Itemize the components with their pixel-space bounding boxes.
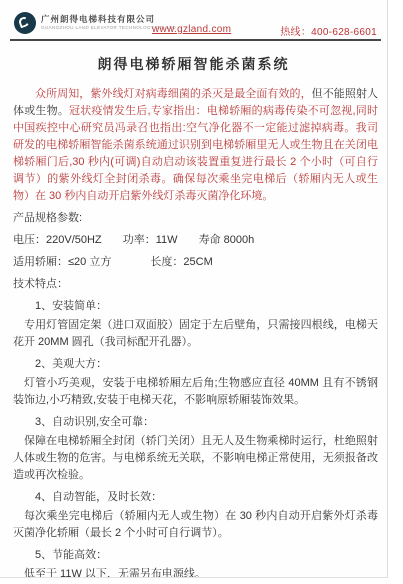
intro-paragraph: 众所周知，紫外线灯对病毒细菌的杀灭是最全面有效的，但不能照射人体或生物。冠状疫情… bbox=[13, 86, 378, 205]
spec-power-value: 11W bbox=[156, 234, 178, 246]
document-page: 广州朗得电梯科技有限公司 GUANGZHOU LAND ELEVATOR TEC… bbox=[0, 0, 388, 578]
feature-2-body: 灯管小巧美观，安装于电梯轿厢左后角;生物感应直径 40MM 且有不锈钢装饰边,小… bbox=[13, 375, 378, 409]
spec-voltage: 电压：220V/50HZ bbox=[13, 234, 102, 246]
website-link[interactable]: www.gzland.com bbox=[152, 24, 231, 35]
spec-voltage-label: 电压： bbox=[13, 234, 46, 246]
spec-cabin-label: 适用轿厢： bbox=[13, 256, 68, 268]
intro-part1: 众所周知，紫外线灯对病毒细菌的杀灭是最全面有效的， bbox=[35, 88, 312, 100]
document-body: 众所周知，紫外线灯对病毒细菌的杀灭是最全面有效的，但不能照射人体或生物。冠状疫情… bbox=[0, 86, 387, 578]
page-title: 朗得电梯轿厢智能杀菌系统 bbox=[0, 54, 387, 74]
spec-lifespan-value: 8000h bbox=[224, 234, 255, 246]
spec-lifespan-label: 寿命 bbox=[199, 234, 224, 246]
specs-line-size: 适用轿厢：≤20 立方 长度：25CM bbox=[13, 254, 378, 271]
hotline-number: 热线：400-628-6601 bbox=[280, 23, 377, 38]
feature-3-body: 保障在电梯轿厢全封闭（轿门关闭）且无人及生物乘梯时运行，杜绝照射人体或生物的危害… bbox=[13, 433, 378, 484]
features-heading: 技术特点： bbox=[13, 276, 378, 293]
feature-5-body: 低至于 11W 以下，无需另布电源线。 bbox=[13, 566, 378, 578]
feature-5-title: 5、节能高效： bbox=[13, 547, 378, 564]
page-header: 广州朗得电梯科技有限公司 GUANGZHOU LAND ELEVATOR TEC… bbox=[10, 0, 381, 41]
company-name: 广州朗得电梯科技有限公司 bbox=[41, 15, 176, 24]
feature-3-title: 3、自动识别,安全可靠： bbox=[13, 414, 378, 431]
feature-2-title: 2、美观大方： bbox=[13, 356, 378, 373]
specs-heading: 产品规格参数: bbox=[13, 210, 378, 227]
company-logo-icon bbox=[14, 12, 36, 34]
feature-1-body: 专用灯管固定架（进口双面胶）固定于左后壁角，只需接四根线，电梯天花开 20MM … bbox=[13, 317, 378, 351]
specs-line-electrical: 电压：220V/50HZ 功率：11W 寿命 8000h bbox=[13, 232, 378, 249]
spec-length-value: 25CM bbox=[183, 256, 212, 268]
spec-length: 长度：25CM bbox=[150, 256, 212, 268]
logo-swirl-icon bbox=[18, 16, 31, 29]
feature-4-title: 4、自动智能，及时长效： bbox=[13, 489, 378, 506]
spec-lifespan: 寿命 8000h bbox=[199, 234, 255, 246]
feature-1-title: 1、安装简单： bbox=[13, 298, 378, 315]
spec-power: 功率：11W bbox=[123, 234, 178, 246]
feature-4-body: 每次乘坐完电梯后（轿厢内无人或生物）在 30 秒内自动开启紫外灯杀毒灭菌净化轿厢… bbox=[13, 508, 378, 542]
spec-length-label: 长度： bbox=[150, 256, 183, 268]
spec-cabin: 适用轿厢：≤20 立方 bbox=[13, 256, 111, 268]
spec-power-label: 功率： bbox=[123, 234, 156, 246]
spec-voltage-value: 220V/50HZ bbox=[46, 234, 102, 246]
spec-cabin-value: ≤20 立方 bbox=[68, 256, 111, 268]
intro-part3: 冠状疫情发生后,专家指出：电梯轿厢的病毒传染不可忽视,同时中国疾控中心研究员冯录… bbox=[13, 105, 378, 202]
